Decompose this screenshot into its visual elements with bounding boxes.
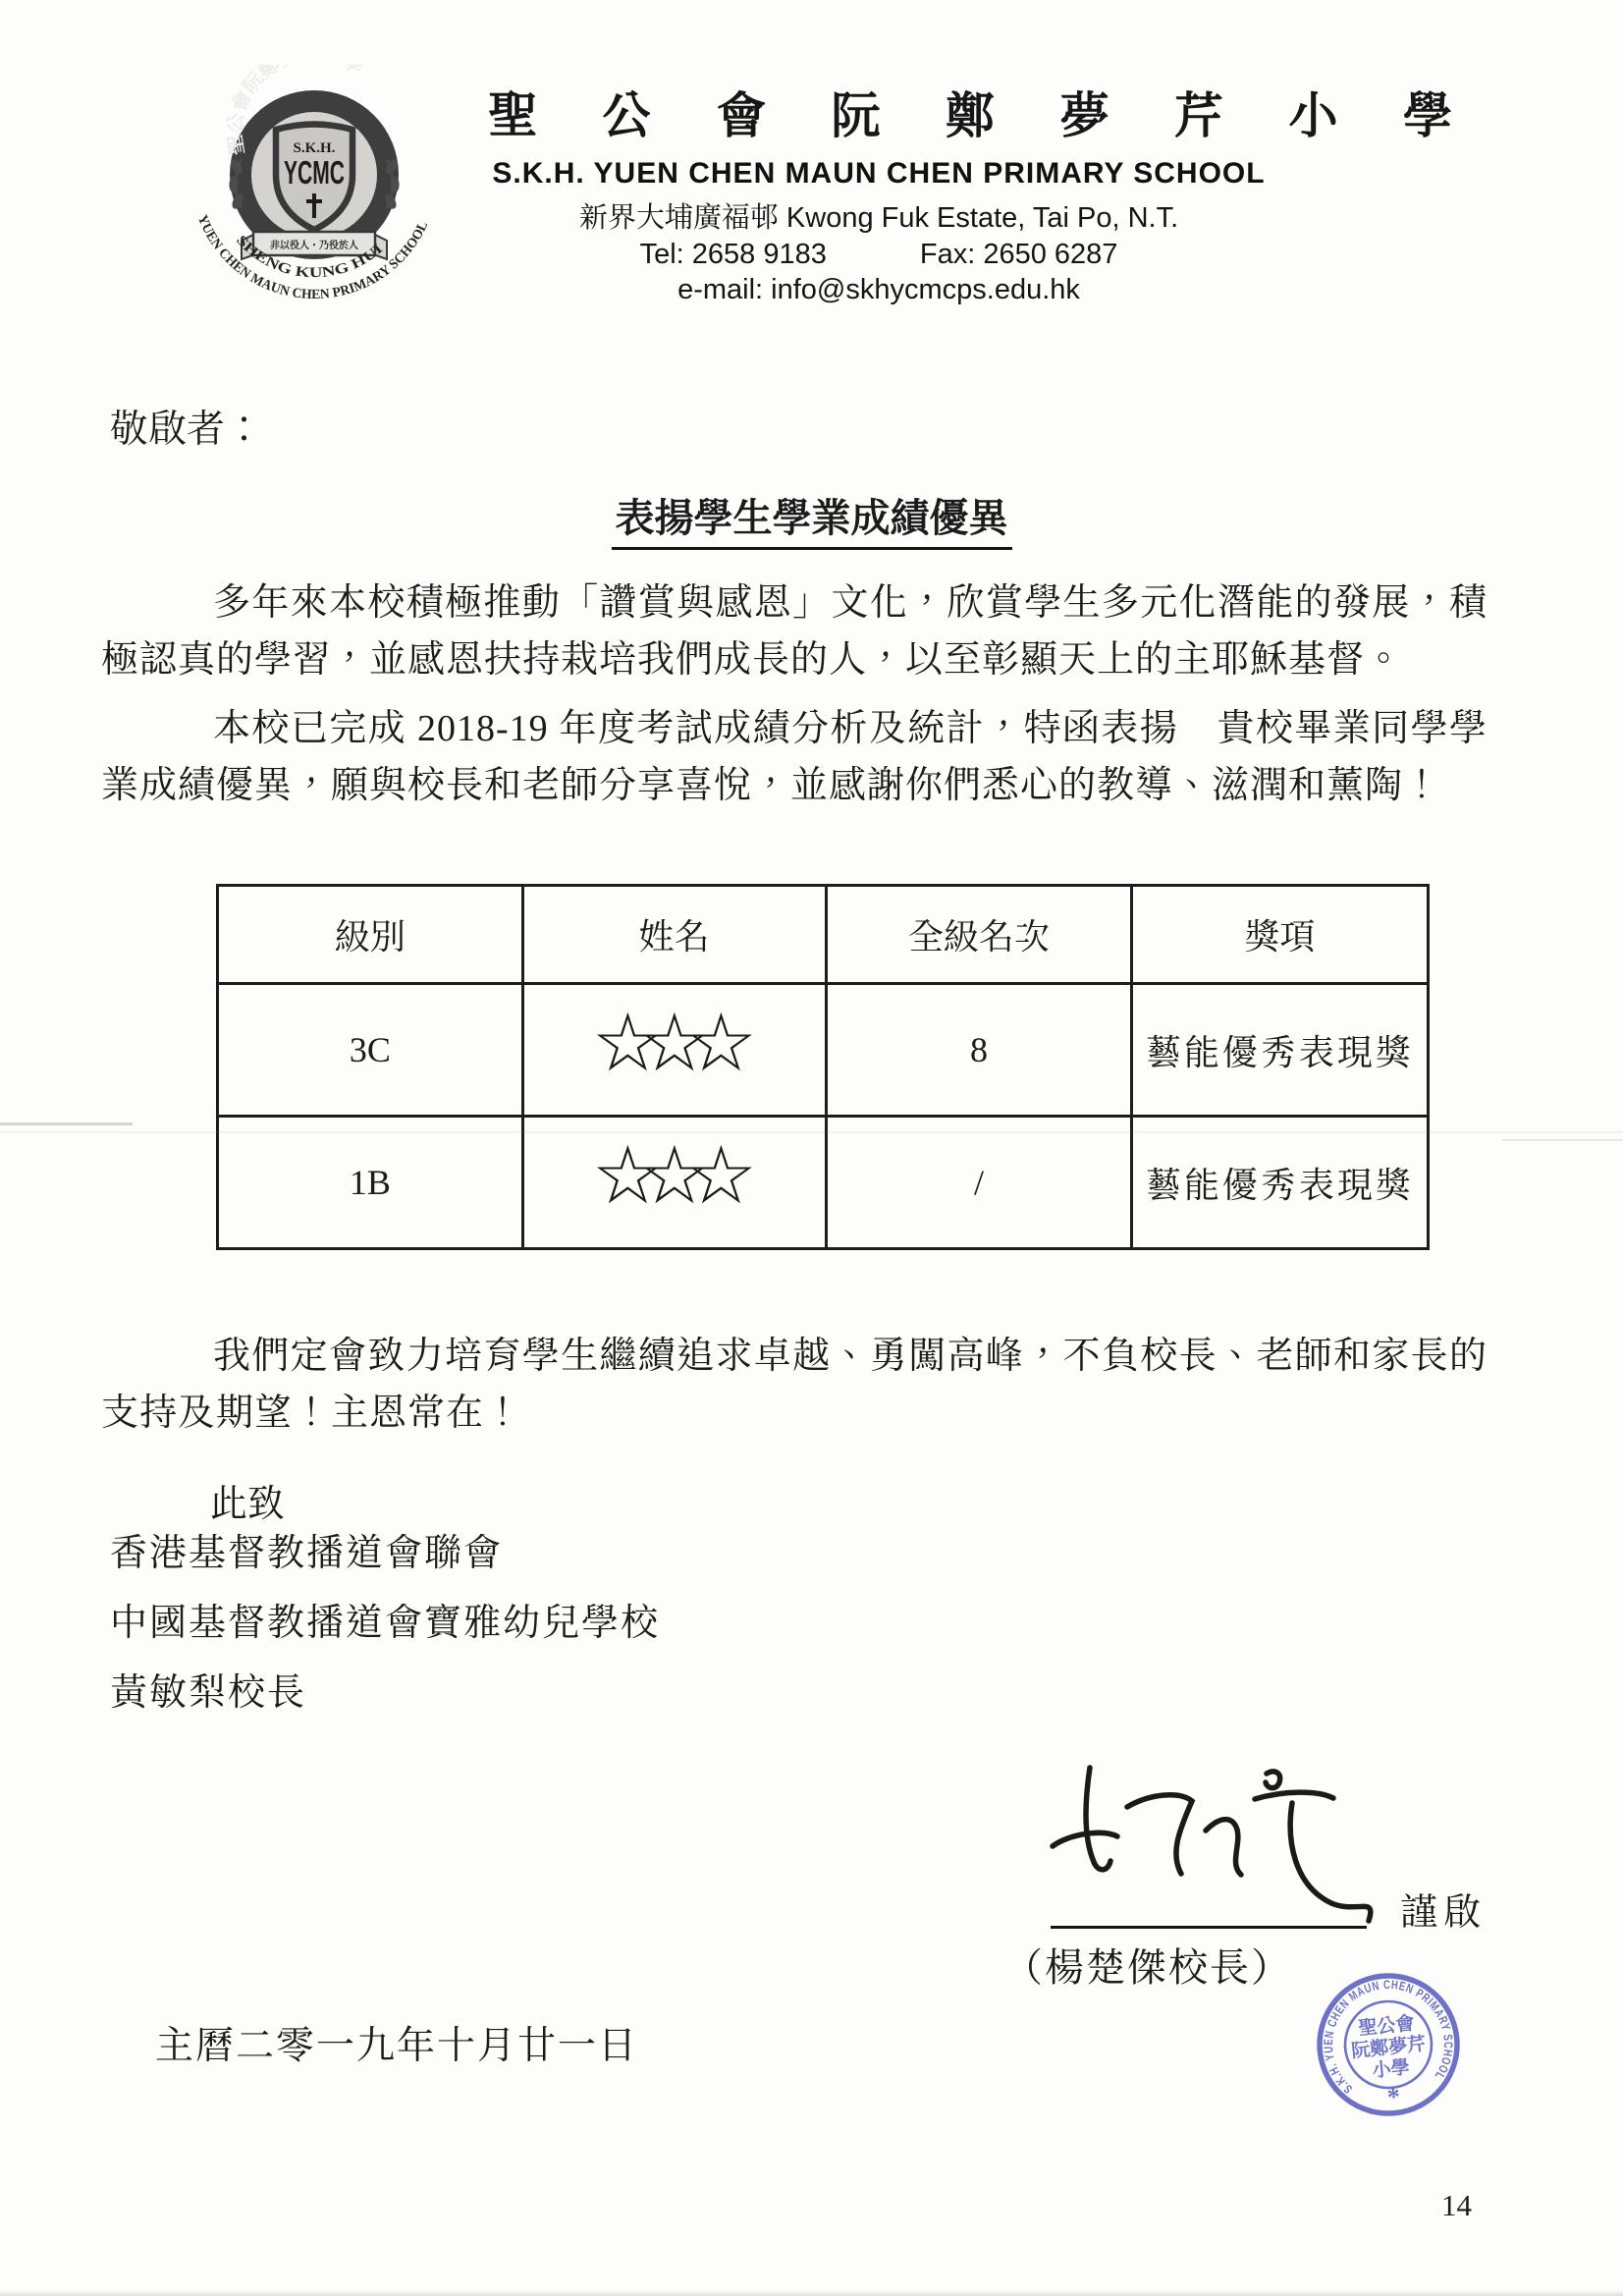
class-cell: 3C [218, 984, 523, 1117]
rank-cell: / [827, 1117, 1132, 1249]
tel-number: Tel: 2658 9183 [640, 239, 827, 270]
school-address: 新界大埔廣福邨 Kwong Fuk Estate, Tai Po, N.T. [461, 195, 1296, 236]
school-crest-logo: 聖公會阮鄭夢芹小學 S.K.H. YCMC [142, 65, 486, 320]
name-cell: ☆☆☆ [522, 1117, 826, 1249]
col-header-name: 姓名 [522, 886, 826, 984]
letter-date: 主曆二零一九年十月廿一日 [155, 2015, 638, 2070]
recipient-list: 香港基督教播道會聯會 中國基督教播道會寶雅幼兒學校 黃敏梨校長 [110, 1522, 660, 1731]
school-name-english: S.K.H. YUEN CHEN MAUN CHEN PRIMARY SCHOO… [461, 157, 1296, 191]
salutation: 敬啟者： [110, 399, 263, 454]
letter-title-row: 表揚學生學業成績優異 [0, 487, 1623, 543]
class-cell: 1B [218, 1117, 523, 1249]
school-email: e-mail: info@skhycmcps.edu.hk [461, 274, 1296, 306]
letter-title: 表揚學生學業成績優異 [612, 496, 1012, 550]
school-phone-fax: Tel: 2658 9183Fax: 2650 6287 [461, 239, 1296, 271]
col-header-award: 獎項 [1131, 886, 1428, 984]
redacted-name-stars: ☆☆☆ [592, 1136, 758, 1217]
table-row: 1B ☆☆☆ / 藝能優秀表現獎 [218, 1117, 1429, 1249]
paragraph-1: 多年來本校積極推動「讚賞與感恩」文化，欣賞學生多元化潛能的發展，積極認真的學習，… [101, 574, 1488, 688]
school-name-chinese: 聖 公 會 阮 鄭 夢 芹 小 學 [461, 77, 1296, 147]
col-header-class: 級別 [218, 886, 523, 984]
award-cell: 藝能優秀表現獎 [1131, 984, 1428, 1117]
school-stamp: S.K.H. YUEN CHEN MAUN CHEN PRIMARY SCHOO… [1312, 1968, 1465, 2121]
award-table: 級別 姓名 全級名次 獎項 3C ☆☆☆ 8 藝能優秀表現獎 1B ☆☆☆ / … [216, 884, 1430, 1250]
signature-line [1051, 1887, 1367, 1929]
closing-cizhi: 此致 [210, 1473, 285, 1527]
signer-name: （楊楚傑校長） [1003, 1937, 1292, 1993]
scan-streak [0, 1122, 133, 1125]
table-row: 3C ☆☆☆ 8 藝能優秀表現獎 [218, 984, 1429, 1117]
rank-cell: 8 [827, 984, 1132, 1117]
scan-streak [1502, 1139, 1623, 1141]
page-number: 14 [1441, 2188, 1472, 2223]
scanned-letter-page: 聖公會阮鄭夢芹小學 S.K.H. YCMC [0, 0, 1623, 2296]
paragraph-3: 我們定會致力培育學生繼續追求卓越、勇闖高峰，不負校長、老師和家長的支持及期望！主… [101, 1328, 1488, 1442]
paragraph-2: 本校已完成 2018-19 年度考試成績分析及統計，特函表揚 貴校畢業同學學業成… [101, 700, 1488, 814]
award-cell: 藝能優秀表現獎 [1131, 1117, 1428, 1249]
fax-number: Fax: 2650 6287 [920, 239, 1118, 270]
scan-streak [0, 1131, 1623, 1133]
recipient-line: 中國基督教播道會寶雅幼兒學校 [110, 1592, 660, 1646]
table-header-row: 級別 姓名 全級名次 獎項 [218, 886, 1429, 984]
name-cell: ☆☆☆ [522, 984, 826, 1117]
recipient-line: 香港基督教播道會聯會 [110, 1522, 660, 1576]
crest-monogram: YCMC [284, 154, 345, 191]
letterhead: 聖 公 會 阮 鄭 夢 芹 小 學 S.K.H. YUEN CHEN MAUN … [461, 77, 1296, 306]
signoff-respectfully: 謹啟 [1400, 1882, 1487, 1936]
redacted-name-stars: ☆☆☆ [592, 1004, 758, 1084]
crest-shield: S.K.H. YCMC [276, 125, 352, 231]
recipient-line: 黃敏梨校長 [110, 1662, 660, 1716]
crest-banner-motto: 非以役人・乃役於人 [270, 239, 358, 251]
col-header-rank: 全級名次 [827, 886, 1132, 984]
